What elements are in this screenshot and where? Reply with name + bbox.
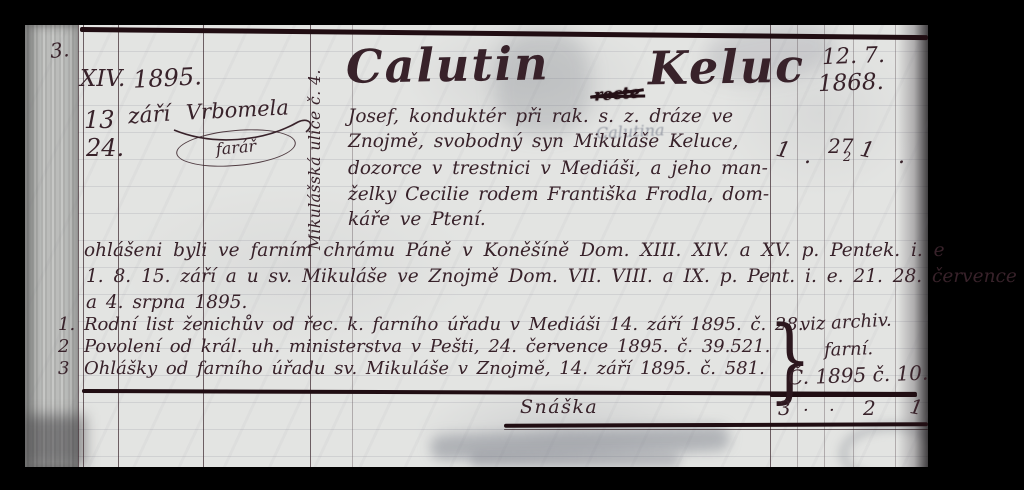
- bleed-ghost: [470, 453, 680, 467]
- summary-dot: ·: [803, 402, 809, 420]
- wedding-day: 13: [84, 108, 115, 132]
- summary-dot: ·: [829, 402, 835, 420]
- banns-line: a 4. srpna 1895.: [86, 294, 247, 313]
- document-line: Rodní list ženichův od řec. k. farního ú…: [84, 316, 804, 334]
- banns-line: ohlášeni byli ve farním chrámu Páně v Ko…: [84, 242, 945, 261]
- margin-entry-number: 3.: [49, 39, 70, 61]
- entry-number-roman: XIV.: [80, 68, 125, 91]
- tally-dot: .: [898, 146, 905, 168]
- summary-label: Snáška: [520, 398, 598, 417]
- archive-note-line: viz archiv.: [800, 312, 892, 335]
- wedding-month: září: [127, 104, 171, 129]
- alt-day: 24.: [86, 136, 124, 160]
- tally-dot: .: [804, 146, 811, 168]
- entry-year: 1895.: [132, 64, 202, 92]
- groom-description-line: Josef, konduktér při rak. s. z. dráze ve: [348, 108, 733, 127]
- archive-note-line: farní.: [824, 340, 874, 360]
- document-line: Ohlášky od farního úřadu sv. Mikuláše v …: [84, 360, 765, 378]
- groom-description-line: káře ve Ptení.: [348, 211, 486, 230]
- document-line: Povolení od král. uh. ministerstva v Peš…: [84, 338, 770, 356]
- banns-line: 1. 8. 15. září a u sv. Mikuláše ve Znojm…: [86, 268, 1017, 287]
- bleed-ghost: [430, 425, 731, 461]
- archive-note-line: Č. 1895 č. 10.: [788, 363, 929, 388]
- summary-value: 2: [863, 398, 876, 418]
- surname-heading-2: Keluc: [648, 43, 806, 92]
- document-line-number: 1.: [58, 316, 75, 334]
- officiant-title: farář: [215, 138, 257, 157]
- document-line-number: 2: [58, 338, 69, 356]
- struck-word: recte: [593, 82, 640, 104]
- birth-date-day-month: 12. 7.: [822, 45, 886, 69]
- birth-date-year: 1868.: [818, 71, 885, 96]
- document-line-number: 3: [58, 360, 69, 378]
- age-fraction: 2: [843, 151, 851, 164]
- address-vertical-note: Mikulášská ulice č. 4.: [308, 42, 324, 250]
- groom-surname-heading: Calutin: [346, 40, 550, 90]
- groom-description-line: dozorce v trestnici v Mediáši, a jeho ma…: [348, 160, 768, 179]
- summary-value: 3: [778, 398, 791, 418]
- groom-description-line: Znojmě, svobodný syn Mikuláše Keluce,: [348, 133, 738, 152]
- groom-description-line: želky Cecilie rodem Františka Frodla, do…: [348, 186, 769, 205]
- left-gutter: [25, 25, 78, 467]
- summary-underline: [504, 429, 928, 430]
- age-value: 27 2: [828, 136, 853, 156]
- register-scan: 3. XIV. 1895. 13 září 24. Vrbomela farář…: [0, 0, 1024, 490]
